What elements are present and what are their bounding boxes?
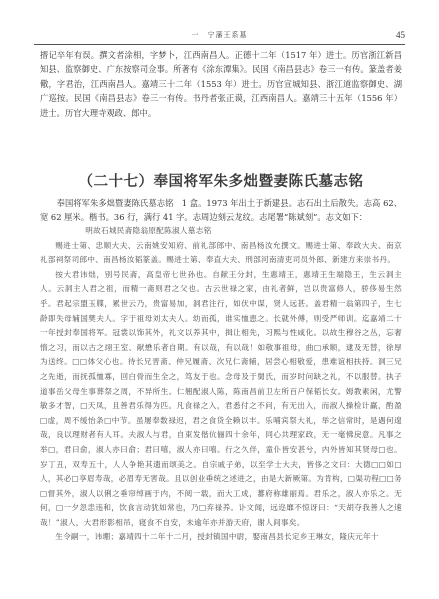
epitaph-paragraph: 赐进士第、忠顺大夫、云南姚安知府、前礼部郎中、南昌杨汝允撰文。赐进士第、奉政大夫… xyxy=(40,239,402,268)
page-number: 45 xyxy=(396,30,405,40)
section-title: （二十七）奉国将军朱多炪暨妻陈氏墓志铭 xyxy=(40,170,402,191)
epitaph-paragraph: 按大君讳炪，别号民斋，高皇帝七世孙也。自献王分封，生惠靖王，惠靖王生端隐王，生云… xyxy=(40,268,402,531)
top-paragraph: 搢记卒年有误。撰文者涂相，字梦卜，江西南昌人。正德十二年（1517 年）进士。历… xyxy=(40,48,402,120)
running-header: 一 宁藩王系墓 45 xyxy=(34,30,405,45)
epitaph-title: 明故石城民斋隐翁原配陈淑人墓志铭 xyxy=(40,224,402,239)
epitaph-text: 明故石城民斋隐翁原配陈淑人墓志铭 赐进士第、忠顺大夫、云南姚安知府、前礼部郎中、… xyxy=(40,224,402,545)
epitaph-paragraph: 生令嗣一，讳堋；嘉靖四十二年十二月，授封镇国中尉，娶南昌县长定乡王琳女，隆庆元年… xyxy=(40,530,402,545)
section-intro: 奉国将军朱多炪暨妻陈氏墓志铭 1 盒。1973 年出土于新建县。志石出土后散失。… xyxy=(40,196,402,225)
running-title: 一 宁藩王系墓 xyxy=(34,30,405,40)
